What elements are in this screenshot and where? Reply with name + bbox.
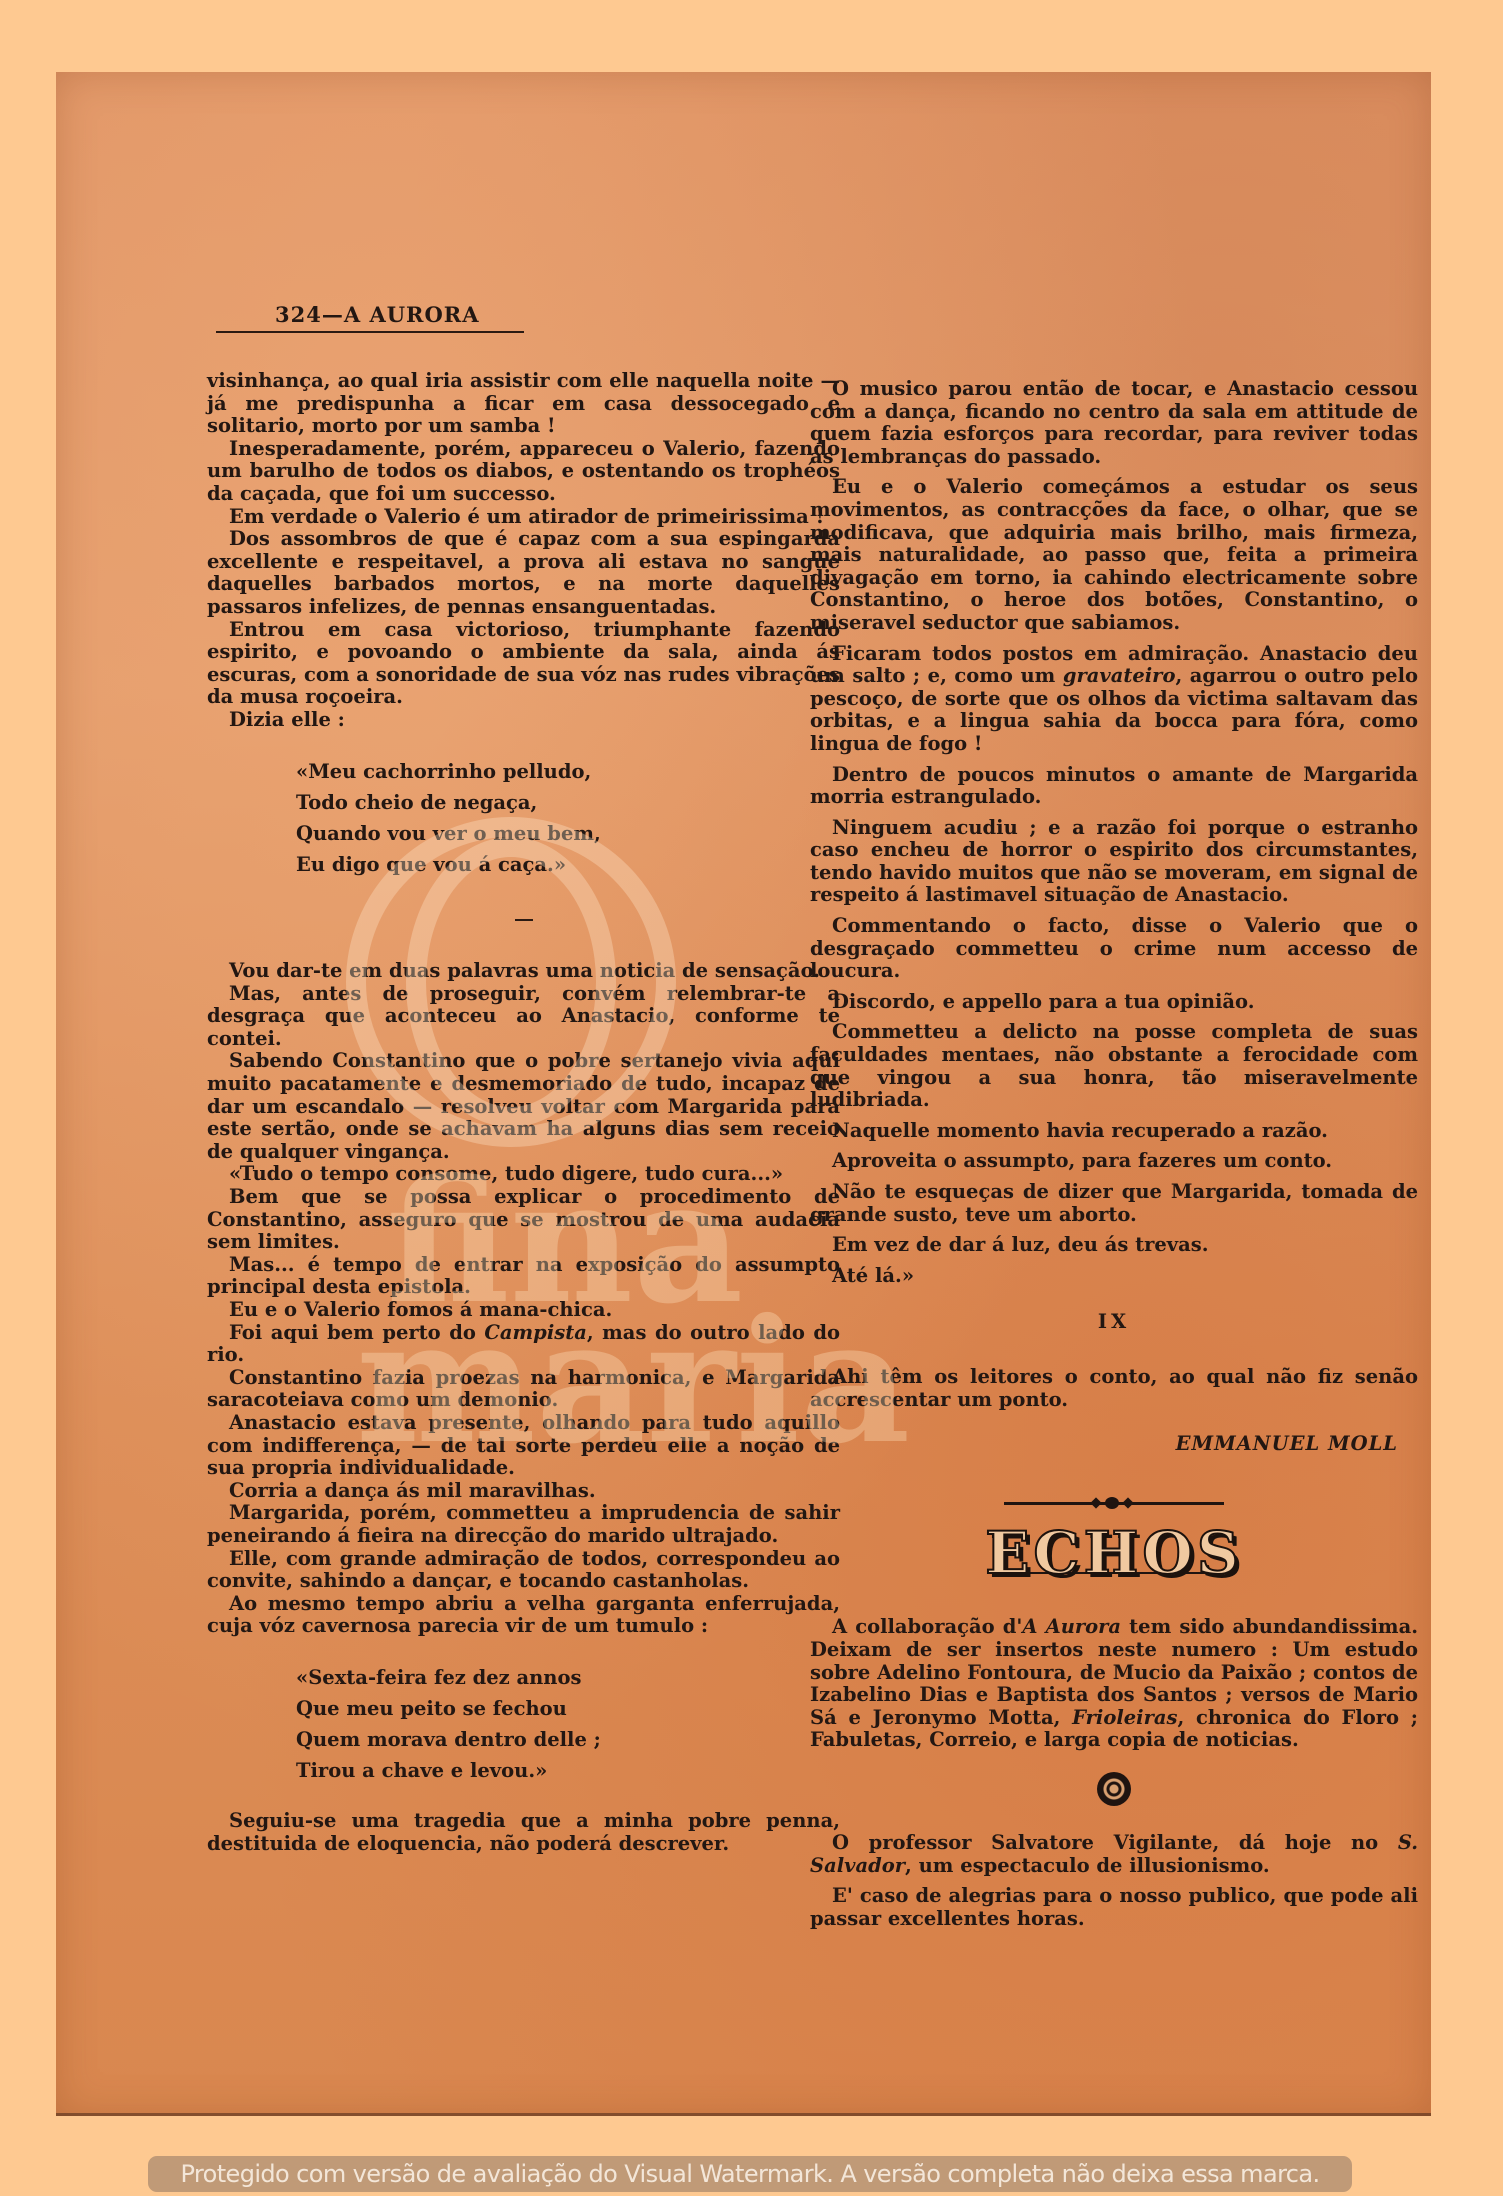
paragraph: Inesperadamente, porém, appareceu o Vale… xyxy=(207,438,840,506)
echos-paragraph: E' caso de alegrias para o nosso publico… xyxy=(810,1885,1418,1930)
echos-paragraph: O professor Salvatore Vigilante, dá hoje… xyxy=(810,1832,1418,1877)
paragraph: Em vez de dar á luz, deu ás trevas. xyxy=(810,1234,1418,1257)
paragraph: Discordo, e appello para a tua opinião. xyxy=(810,991,1418,1014)
author-signature: EMMANUEL MOLL xyxy=(810,1433,1398,1456)
rosette-ornament-icon xyxy=(1097,1772,1131,1806)
paragraph: Commetteu a delicto na posse completa de… xyxy=(810,1021,1418,1111)
paragraph: Commentando o facto, disse o Valerio que… xyxy=(810,915,1418,983)
paragraph: Ao mesmo tempo abriu a velha garganta en… xyxy=(207,1593,840,1638)
section-number: IX xyxy=(810,1311,1418,1334)
paragraph: Até lá.» xyxy=(810,1265,1418,1288)
paragraph: Anastacio estava presente, olhando para … xyxy=(207,1412,840,1480)
left-paragraphs-middle: Vou dar-te em duas palavras uma noticia … xyxy=(207,960,840,1638)
ornamental-divider xyxy=(1004,1496,1224,1510)
left-column: visinhança, ao qual iria assistir com el… xyxy=(207,370,840,1855)
paragraph: Dizia elle : xyxy=(207,709,840,732)
separator-dash xyxy=(515,919,533,921)
paragraph: Vou dar-te em duas palavras uma noticia … xyxy=(207,960,840,983)
verse-line: Eu digo que vou á caça.» xyxy=(296,849,840,880)
echos-paragraph: A collaboração d'A Aurora tem sido abund… xyxy=(810,1616,1418,1752)
verse-line: «Meu cachorrinho pelludo, xyxy=(296,756,840,787)
echos-paragraphs-1: A collaboração d'A Aurora tem sido abund… xyxy=(810,1616,1418,1752)
divider-lozenge-right xyxy=(1122,1497,1133,1508)
paragraph: Margarida, porém, commetteu a imprudenci… xyxy=(207,1502,840,1547)
paragraph: Mas, antes de proseguir, convém relembra… xyxy=(207,983,840,1051)
closing-paragraph: Ahi têm os leitores o conto, ao qual não… xyxy=(810,1366,1418,1411)
header-separator: — xyxy=(322,302,344,327)
paragraph: Eu e o Valerio começámos a estudar os se… xyxy=(810,476,1418,634)
paragraph: Elle, com grande admiração de todos, cor… xyxy=(207,1548,840,1593)
paragraph: Corria a dança ás mil maravilhas. xyxy=(207,1480,840,1503)
paragraph: Não te esqueças de dizer que Margarida, … xyxy=(810,1181,1418,1226)
section-separator xyxy=(207,904,840,927)
verse-line: Quem morava dentro delle ; xyxy=(296,1724,840,1755)
echos-heading: ECHOS xyxy=(810,1542,1418,1565)
paragraph: Sabendo Constantino que o pobre sertanej… xyxy=(207,1050,840,1163)
verse-line: Tirou a chave e levou.» xyxy=(296,1755,840,1786)
verse-line: «Sexta-feira fez dez annos xyxy=(296,1662,840,1693)
page-header: 324—A AURORA xyxy=(216,304,524,333)
divider-lozenge-left xyxy=(1090,1497,1101,1508)
paragraph: Ninguem acudiu ; e a razão foi porque o … xyxy=(810,817,1418,907)
paragraph: Naquelle momento havia recuperado a razã… xyxy=(810,1120,1418,1143)
left-paragraphs-top: visinhança, ao qual iria assistir com el… xyxy=(207,370,840,732)
paragraph: O musico parou então de tocar, e Anastac… xyxy=(810,378,1418,468)
paragraph: Constantino fazia proezas na harmonica, … xyxy=(207,1367,840,1412)
right-column: O musico parou então de tocar, e Anastac… xyxy=(810,370,1418,1930)
echos-paragraphs-2: O professor Salvatore Vigilante, dá hoje… xyxy=(810,1832,1418,1930)
right-paragraphs: O musico parou então de tocar, e Anastac… xyxy=(810,378,1418,1287)
verse-line: Quando vou ver o meu bem, xyxy=(296,818,840,849)
paragraph: Dos assombros de que é capaz com a sua e… xyxy=(207,528,840,618)
paragraph: visinhança, ao qual iria assistir com el… xyxy=(207,370,840,438)
paragraph: Ficaram todos postos em admiração. Anast… xyxy=(810,643,1418,756)
left-paragraphs-bottom: Seguiu-se uma tragedia que a minha pobre… xyxy=(207,1810,840,1855)
paragraph: Em verdade o Valerio é um atirador de pr… xyxy=(207,506,840,529)
verse-cachorrinho: «Meu cachorrinho pelludo,Todo cheio de n… xyxy=(296,756,840,880)
paragraph: Entrou em casa victorioso, triumphante f… xyxy=(207,619,840,709)
newspaper-page: 324—A AURORA visinhança, ao qual iria as… xyxy=(56,72,1431,2116)
paragraph: Foi aqui bem perto do Campista, mas do o… xyxy=(207,1322,840,1367)
paragraph: Aproveita o assumpto, para fazeres um co… xyxy=(810,1150,1418,1173)
divider-knot xyxy=(1105,1497,1119,1509)
paragraph: Mas... é tempo de entrar na exposição do… xyxy=(207,1254,840,1299)
paragraph: Eu e o Valerio fomos á mana-chica. xyxy=(207,1299,840,1322)
paragraph: «Tudo o tempo consome, tudo digere, tudo… xyxy=(207,1163,840,1186)
paragraph: Dentro de poucos minutos o amante de Mar… xyxy=(810,764,1418,809)
evaluation-watermark-banner: Protegido com versão de avaliação do Vis… xyxy=(148,2156,1352,2192)
verse-line: Que meu peito se fechou xyxy=(296,1693,840,1724)
verse-line: Todo cheio de negaça, xyxy=(296,787,840,818)
publication-name: A AURORA xyxy=(344,302,480,327)
page-number: 324 xyxy=(275,302,322,327)
verse-sexta-feira: «Sexta-feira fez dez annosQue meu peito … xyxy=(296,1662,840,1786)
paragraph: Seguiu-se uma tragedia que a minha pobre… xyxy=(207,1810,840,1855)
paragraph: Bem que se possa explicar o procedimento… xyxy=(207,1186,840,1254)
